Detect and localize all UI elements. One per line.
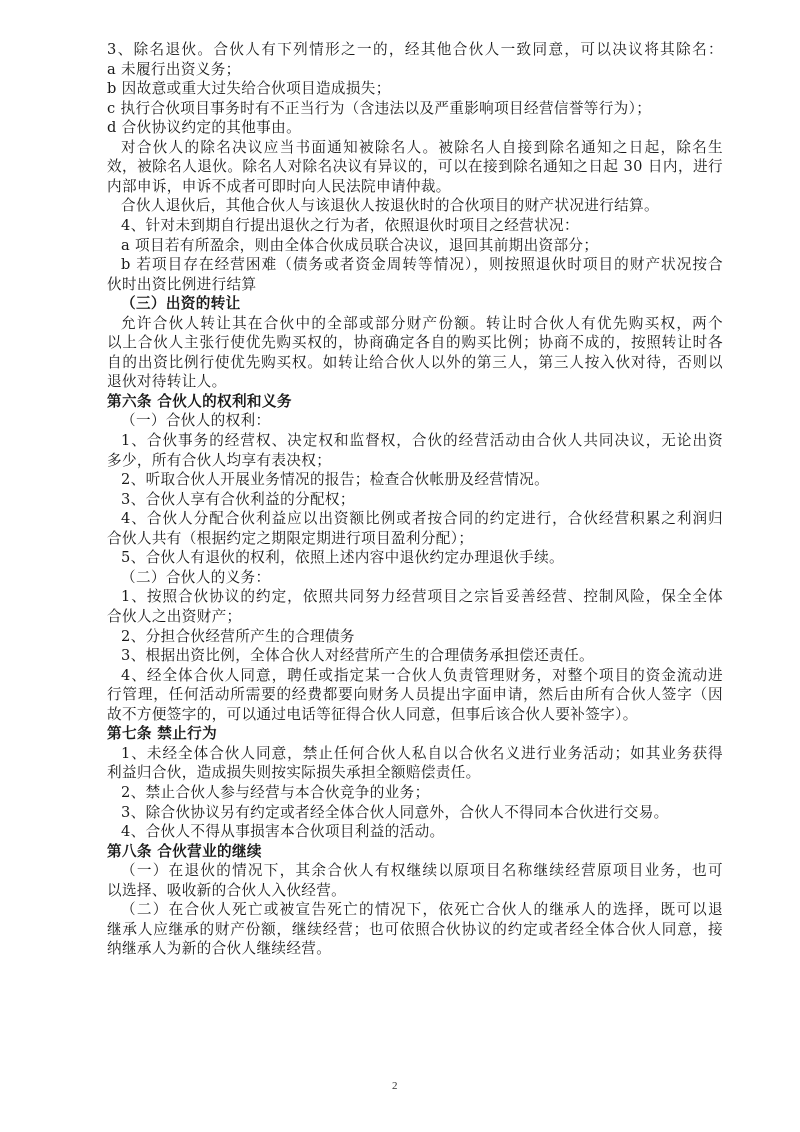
text-line: 自的出资比例行使优先购买权。如转让给合伙人以外的第三人，第三人按入伙对待，否则以 — [107, 353, 723, 372]
text-line: 效，被除名人退伙。除名人对除名决议有异议的，可以在接到除名通知之日起 30 日内… — [107, 157, 723, 176]
text-line: （二）在合伙人死亡或被宣告死亡的情况下，依死亡合伙人的继承人的选择，既可以退 — [121, 900, 723, 919]
text-line: 4、合伙人分配合伙利益应以出资额比例或者按合同的约定进行，合伙经营积累之利润归 — [121, 509, 723, 528]
text-line: 行管理，任何活动所需要的经费都要向财务人员提出字面申请，然后由所有合伙人签字（因 — [107, 685, 723, 704]
text-line: 3、合伙人享有合伙利益的分配权； — [121, 490, 723, 509]
text-line: 退伙对待转让人。 — [107, 372, 723, 391]
text-line: 继承人应继承的财产份额，继续经营；也可依照合伙协议的约定或者经全体合伙人同意，接 — [107, 920, 723, 939]
text-line: 故不方便签字的，可以通过电话等征得合伙人同意，但事后该合伙人要补签字）。 — [107, 705, 723, 724]
text-line: （二）合伙人的义务： — [121, 568, 723, 587]
text-line: c 执行合伙项目事务时有不正当行为（含违法以及严重影响项目经营信誉等行为）； — [107, 99, 723, 118]
section-heading: （三）出资的转让 — [121, 294, 723, 313]
text-line: 3、除合伙协议另有约定或者经全体合伙人同意外，合伙人不得同本合伙进行交易。 — [121, 803, 723, 822]
section-heading: 第七条 禁止行为 — [107, 724, 723, 743]
text-line: 4、经全体合伙人同意，聘任或指定某一合伙人负责管理财务，对整个项目的资金流动进 — [121, 666, 723, 685]
text-line: 合伙人退伙后，其他合伙人与该退伙人按退伙时的合伙项目的财产状况进行结算。 — [121, 196, 723, 215]
text-line: a 项目若有所盈余，则由全体合伙成员联合决议，退回其前期出资部分； — [121, 236, 723, 255]
section-heading: 第六条 合伙人的权利和义务 — [107, 392, 723, 411]
text-line: 允许合伙人转让其在合伙中的全部或部分财产份额。转让时合伙人有优先购买权，两个 — [121, 314, 723, 333]
text-line: 以选择、吸收新的合伙人入伙经营。 — [107, 881, 723, 900]
text-line: 内部申诉，申诉不成者可即时向人民法院申请仲裁。 — [107, 177, 723, 196]
text-line: 5、合伙人有退伙的权利，依照上述内容中退伙约定办理退伙手续。 — [121, 548, 723, 567]
text-line: d 合伙协议约定的其他事由。 — [107, 118, 723, 137]
text-line: 1、合伙事务的经营权、决定权和监督权，合伙的经营活动由合伙人共同决议，无论出资 — [121, 431, 723, 450]
text-line: 利益归合伙，造成损失则按实际损失承担全额赔偿责任。 — [107, 763, 723, 782]
text-line: 2、禁止合伙人参与经营与本合伙竞争的业务； — [121, 783, 723, 802]
text-line: （一）在退伙的情况下，其余合伙人有权继续以原项目名称继续经营原项目业务，也可 — [121, 861, 723, 880]
text-line: 1、按照合伙协议的约定，依照共同努力经营项目之宗旨妥善经营、控制风险，保全全体 — [121, 587, 723, 606]
text-line: 对合伙人的除名决议应当书面通知被除名人。被除名人自接到除名通知之日起，除名生 — [121, 138, 723, 157]
text-line: 4、合伙人不得从事损害本合伙项目利益的活动。 — [121, 822, 723, 841]
text-line: 纳继承人为新的合伙人继续经营。 — [107, 939, 723, 958]
text-line: 3、根据出资比例，全体合伙人对经营所产生的合理债务承担偿还责任。 — [121, 646, 723, 665]
text-line: 4、针对未到期自行提出退伙之行为者，依照退伙时项目之经营状况： — [121, 216, 723, 235]
text-line: b 若项目存在经营困难（债务或者资金周转等情况），则按照退伙时项目的财产状况按合 — [121, 255, 723, 274]
text-line: 2、听取合伙人开展业务情况的报告；检查合伙帐册及经营情况。 — [121, 470, 723, 489]
text-line: 以上合伙人主张行使优先购买权的，协商确定各自的购买比例；协商不成的，按照转让时各 — [107, 333, 723, 352]
text-line: 3、除名退伙。合伙人有下列情形之一的，经其他合伙人一致同意，可以决议将其除名： — [107, 40, 723, 59]
text-line: 伙时出资比例进行结算 — [107, 275, 723, 294]
text-line: 2、分担合伙经营所产生的合理债务 — [121, 627, 723, 646]
document-page: 3、除名退伙。合伙人有下列情形之一的，经其他合伙人一致同意，可以决议将其除名：a… — [0, 0, 800, 1132]
section-heading: 第八条 合伙营业的继续 — [107, 842, 723, 861]
text-line: 多少，所有合伙人均享有表决权； — [107, 451, 723, 470]
text-line: 合伙人之出资财产； — [107, 607, 723, 626]
text-line: 合伙人共有（根据约定之期限定期进行项目盈利分配）； — [107, 529, 723, 548]
text-line: （一）合伙人的权利： — [121, 411, 723, 430]
text-line: a 未履行出资义务； — [107, 60, 723, 79]
page-number: 2 — [392, 1080, 398, 1092]
text-line: b 因故意或重大过失给合伙项目造成损失； — [107, 79, 723, 98]
text-line: 1、未经全体合伙人同意，禁止任何合伙人私自以合伙名义进行业务活动；如其业务获得 — [121, 744, 723, 763]
